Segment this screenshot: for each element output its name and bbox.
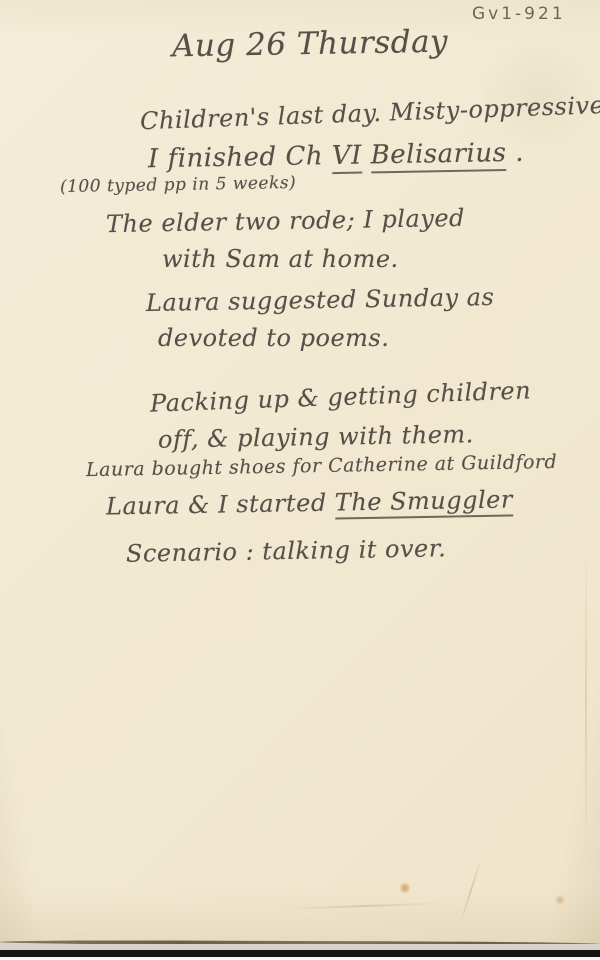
entry-heading: Aug 26 Thursday	[172, 24, 449, 65]
line-segment: Laura & I started	[106, 489, 335, 521]
underlined-segment: The Smuggler	[335, 485, 514, 519]
diary-line: I finished Ch VI Belisarius .	[148, 138, 524, 175]
underlined-segment: VI	[332, 141, 363, 175]
scanner-edge-bar	[0, 950, 600, 957]
line-segment: I finished Ch	[148, 141, 332, 174]
diary-line: off, & playing with them.	[158, 420, 474, 454]
line-segment: .	[506, 138, 524, 168]
paper-crease	[585, 540, 587, 860]
interlinear-note: (100 typed pp in 5 weeks)	[60, 173, 296, 197]
diary-line: Laura & I started The Smuggler	[106, 485, 513, 520]
diary-line: devoted to poems.	[158, 324, 389, 352]
diary-line: with Sam at home.	[162, 245, 399, 273]
scanned-diary-page: Gv1-921 Aug 26 Thursday Children's last …	[0, 0, 600, 960]
archival-mark: Gv1-921	[472, 4, 566, 24]
diary-line: Scenario : talking it over.	[126, 534, 447, 568]
underlined-segment: Belisarius	[370, 138, 506, 173]
line-segment	[362, 140, 371, 170]
